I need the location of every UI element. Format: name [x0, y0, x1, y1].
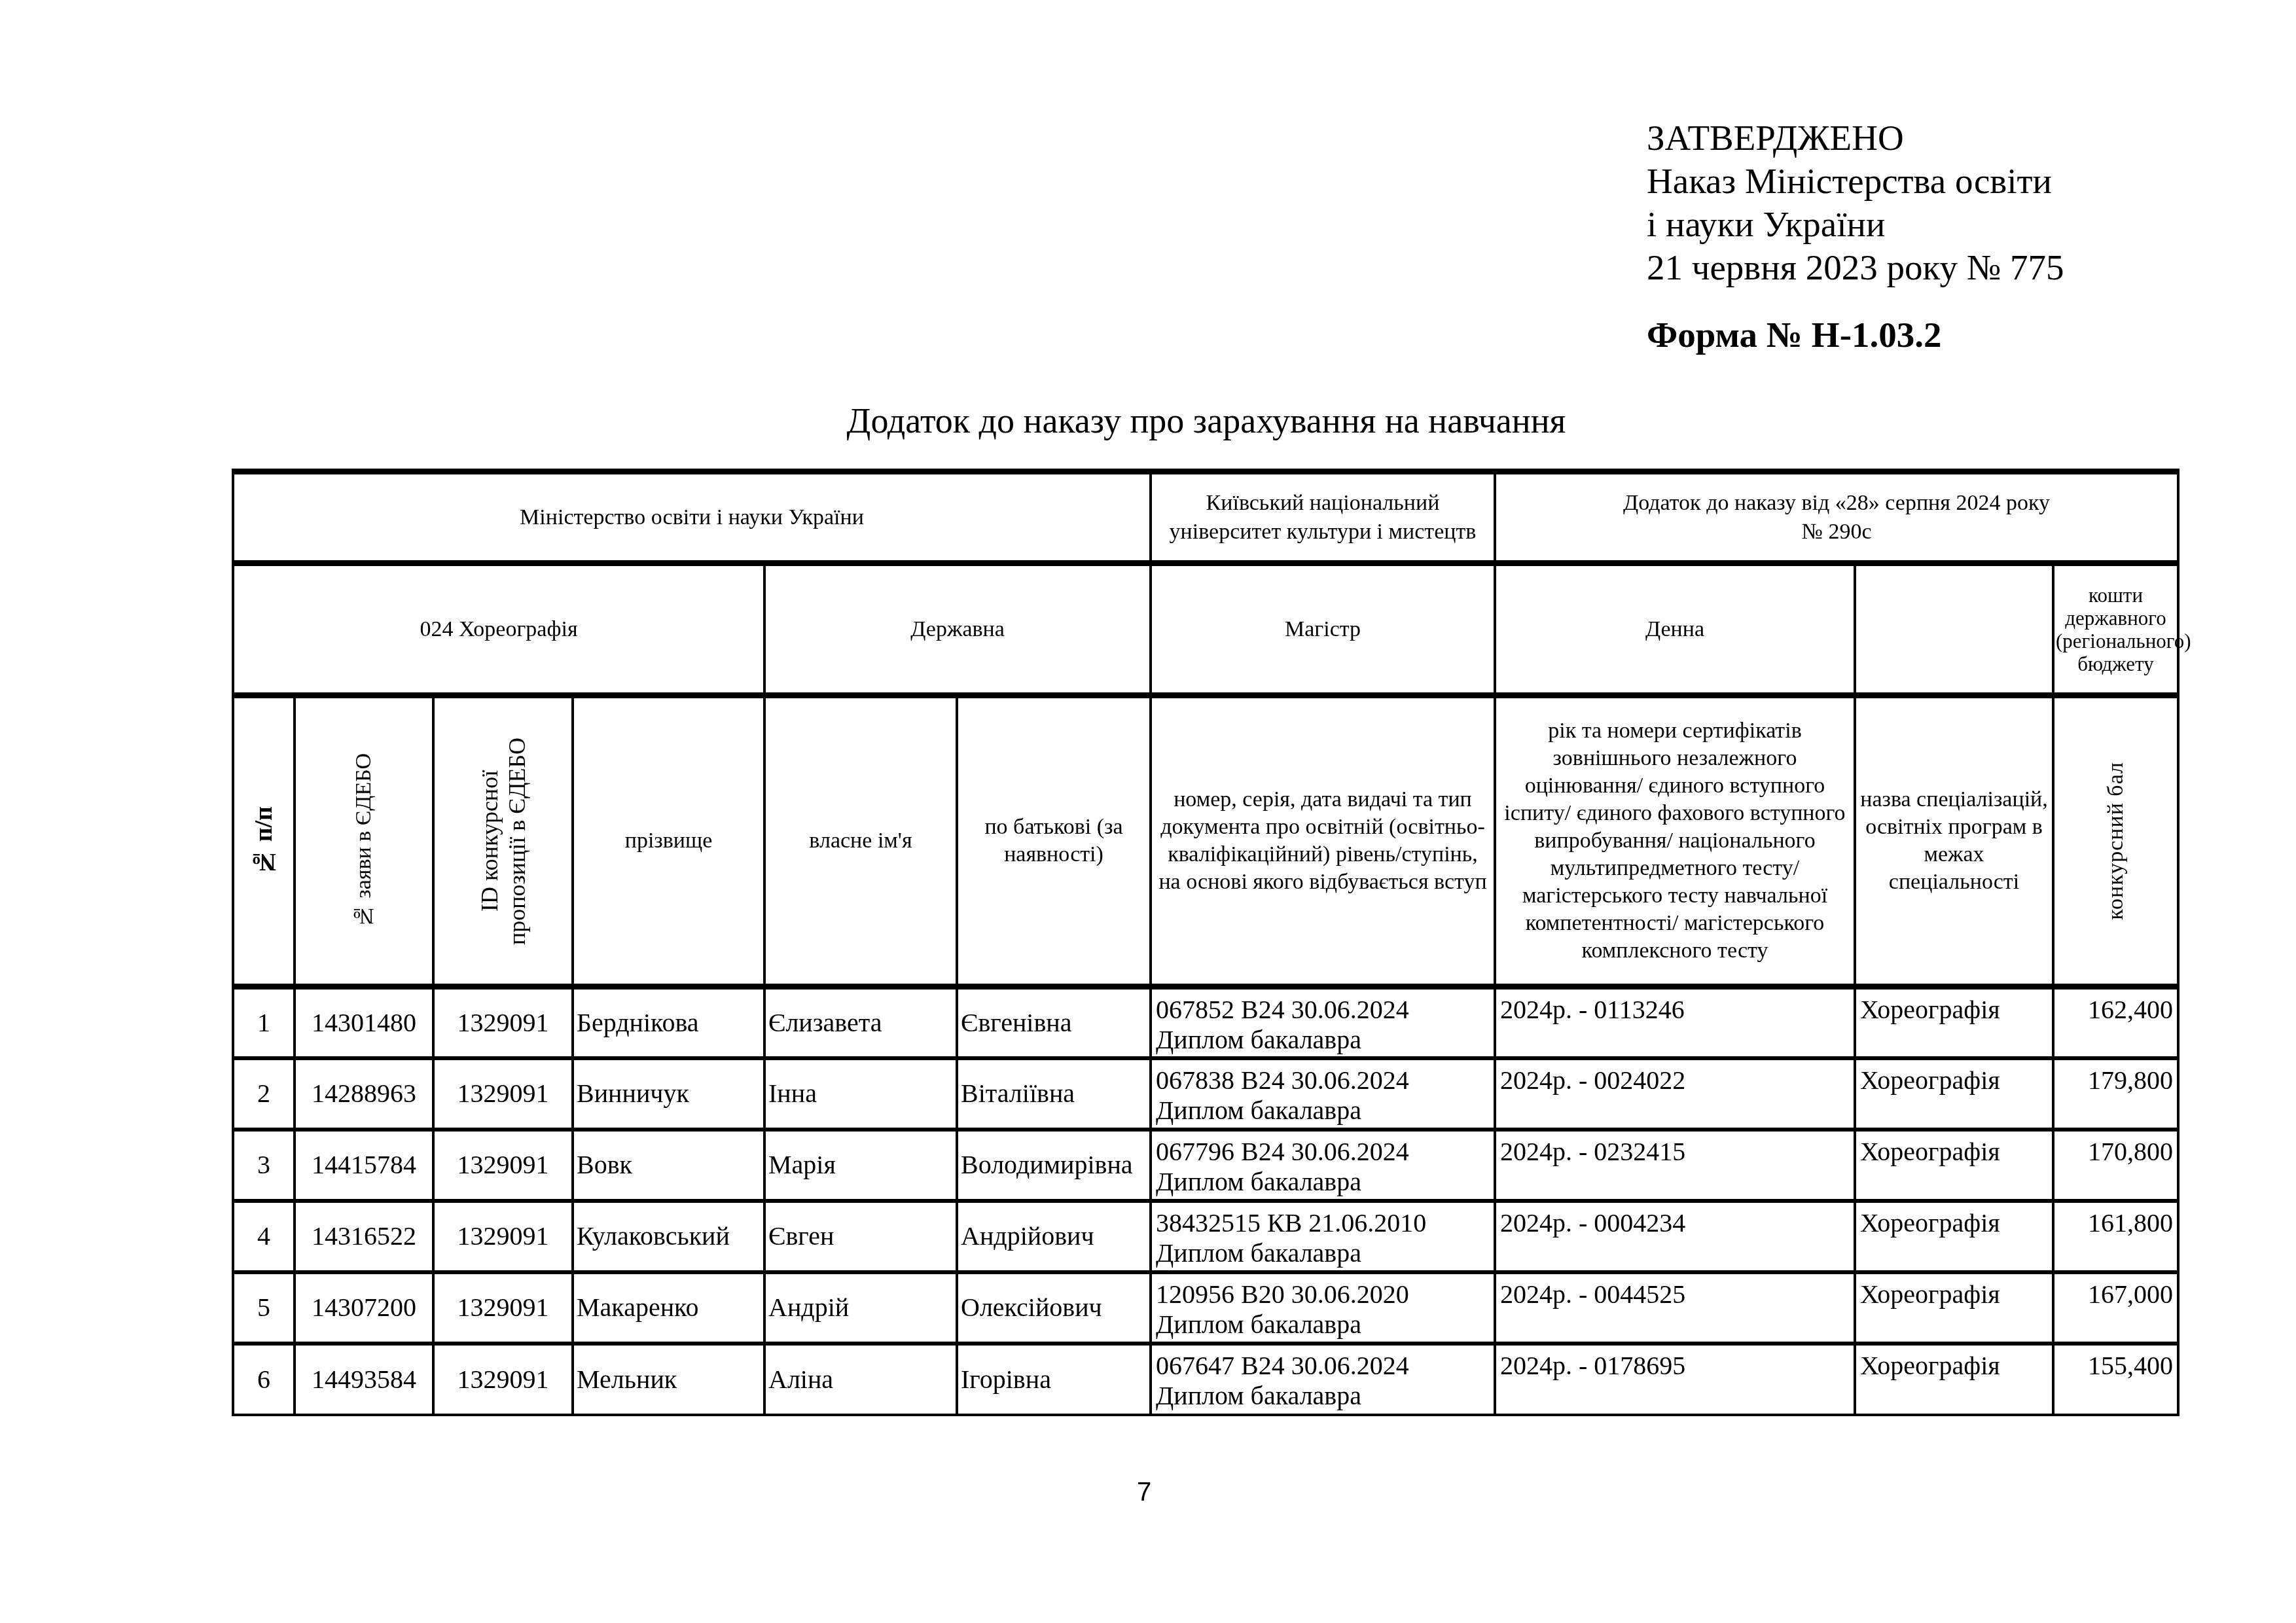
document-cell: 067647 В24 30.06.2024Диплом бакалавра [1151, 1344, 1495, 1415]
page-number-wrap: 7 [0, 1478, 2296, 1507]
specialization-cell: Хореографія [1855, 1058, 2053, 1130]
surname-cell: Вовк [573, 1130, 764, 1201]
table-row: 2142889631329091ВинничукІннаВіталіївна06… [233, 1058, 2178, 1130]
specialization-cell: Хореографія [1855, 987, 2053, 1058]
approval-stamp: ЗАТВЕРДЖЕНО Наказ Міністерства освіти і … [1647, 116, 2064, 289]
document-cell: 067838 В24 30.06.2024Диплом бакалавра [1151, 1058, 1495, 1130]
offer-id-cell: 1329091 [433, 1130, 573, 1201]
col-header-document: номер, серія, дата видачі та тип докумен… [1151, 696, 1495, 987]
order-reference-cell: Додаток до наказу від «28» серпня 2024 р… [1495, 472, 2178, 563]
document-cell: 067796 В24 30.06.2024Диплом бакалавра [1151, 1130, 1495, 1201]
table-row: 6144935841329091МельникАлінаІгорівна0676… [233, 1344, 2178, 1415]
offer-id-cell: 1329091 [433, 1201, 573, 1272]
application-no-cell: 14288963 [295, 1058, 433, 1130]
certificate-cell: 2024р. - 0044525 [1495, 1272, 1855, 1344]
degree-cell: Магістр [1151, 563, 1495, 696]
certificate-cell: 2024р. - 0178695 [1495, 1344, 1855, 1415]
document-cell: 120956 В20 30.06.2020Диплом бакалавра [1151, 1272, 1495, 1344]
document-number: 067647 В24 30.06.2024 [1156, 1351, 1490, 1381]
document-title: Додаток до наказу про зарахування на нав… [847, 401, 1566, 440]
ministry-cell: Міністерство освіти і науки України [233, 472, 1151, 563]
surname-cell: Берднікова [573, 987, 764, 1058]
col-header-certificates: рік та номери сертифікатів зовнішнього н… [1495, 696, 1855, 987]
specialization-cell: Хореографія [1855, 1272, 2053, 1344]
document-title-wrap: Додаток до наказу про зарахування на нав… [0, 401, 2296, 441]
document-number: 067838 В24 30.06.2024 [1156, 1065, 1490, 1096]
surname-cell: Мельник [573, 1344, 764, 1415]
document-number: 120956 В20 30.06.2020 [1156, 1279, 1490, 1310]
institution-cell: Київський національний університет культ… [1151, 472, 1495, 563]
row-num-cell: 4 [233, 1201, 295, 1272]
page-number: 7 [1137, 1478, 1151, 1507]
col-header-surname: прізвище [573, 696, 764, 987]
score-cell: 179,800 [2053, 1058, 2178, 1130]
score-cell: 161,800 [2053, 1201, 2178, 1272]
document-type: Диплом бакалавра [1156, 1167, 1490, 1197]
score-cell: 155,400 [2053, 1344, 2178, 1415]
patronymic-cell: Віталіївна [957, 1058, 1151, 1130]
document-type: Диплом бакалавра [1156, 1025, 1490, 1055]
col-header-application: № заяви в ЄДЕБО [295, 696, 433, 987]
ownership-cell: Державна [764, 563, 1151, 696]
col-header-score-text: конкурсний бал [2102, 762, 2130, 920]
header-row-1: Міністерство освіти і науки України Київ… [233, 472, 2178, 563]
first-name-cell: Єлизавета [764, 987, 957, 1058]
approval-line: ЗАТВЕРДЖЕНО [1647, 116, 2064, 160]
document-number: 38432515 КВ 21.06.2010 [1156, 1208, 1490, 1238]
first-name-cell: Інна [764, 1058, 957, 1130]
row-num-cell: 5 [233, 1272, 295, 1344]
approval-line: 21 червня 2023 року № 775 [1647, 246, 2064, 289]
document-cell: 38432515 КВ 21.06.2010Диплом бакалавра [1151, 1201, 1495, 1272]
approval-line: Наказ Міністерства освіти [1647, 160, 2064, 203]
score-cell: 162,400 [2053, 987, 2178, 1058]
certificate-cell: 2024р. - 0232415 [1495, 1130, 1855, 1201]
offer-id-cell: 1329091 [433, 1344, 573, 1415]
document-number: 067796 В24 30.06.2024 [1156, 1137, 1490, 1167]
score-cell: 167,000 [2053, 1272, 2178, 1344]
col-header-score: конкурсний бал [2053, 696, 2178, 987]
table-row: 5143072001329091МакаренкоАндрійОлексійов… [233, 1272, 2178, 1344]
approval-line: і науки України [1647, 203, 2064, 246]
col-header-num-text: № п/п [250, 806, 278, 876]
offer-id-cell: 1329091 [433, 987, 573, 1058]
certificate-cell: 2024р. - 0024022 [1495, 1058, 1855, 1130]
table-row: 4143165221329091КулаковськийЄвгенАндрійо… [233, 1201, 2178, 1272]
row-num-cell: 1 [233, 987, 295, 1058]
first-name-cell: Євген [764, 1201, 957, 1272]
order-reference-line2: № 290с [1500, 518, 2173, 546]
certificate-cell: 2024р. - 0113246 [1495, 987, 1855, 1058]
column-header-row: № п/п № заяви в ЄДЕБО ID конкурсної проп… [233, 696, 2178, 987]
surname-cell: Макаренко [573, 1272, 764, 1344]
document-type: Диплом бакалавра [1156, 1238, 1490, 1268]
offer-id-cell: 1329091 [433, 1058, 573, 1130]
application-no-cell: 14316522 [295, 1201, 433, 1272]
first-name-cell: Аліна [764, 1344, 957, 1415]
col-header-num: № п/п [233, 696, 295, 987]
table-row: 3144157841329091ВовкМаріяВолодимирівна06… [233, 1130, 2178, 1201]
document-number: 067852 В24 30.06.2024 [1156, 995, 1490, 1025]
document-cell: 067852 В24 30.06.2024Диплом бакалавра [1151, 987, 1495, 1058]
certificate-cell: 2024р. - 0004234 [1495, 1201, 1855, 1272]
specialty-cell: 024 Хореографія [233, 563, 764, 696]
col-header-patronymic: по батькові (за наявності) [957, 696, 1151, 987]
patronymic-cell: Євгенівна [957, 987, 1151, 1058]
patronymic-cell: Ігорівна [957, 1344, 1151, 1415]
col-header-first-name: власне ім'я [764, 696, 957, 987]
funding-cell: кошти державного (регіонального) бюджету [2053, 563, 2178, 696]
application-no-cell: 14301480 [295, 987, 433, 1058]
application-no-cell: 14493584 [295, 1344, 433, 1415]
first-name-cell: Марія [764, 1130, 957, 1201]
application-no-cell: 14307200 [295, 1272, 433, 1344]
first-name-cell: Андрій [764, 1272, 957, 1344]
specialization-cell: Хореографія [1855, 1130, 2053, 1201]
enrollment-table: Міністерство освіти і науки України Київ… [232, 469, 2179, 1416]
document-type: Диплом бакалавра [1156, 1096, 1490, 1126]
header-row-2: 024 Хореографія Державна Магістр Денна к… [233, 563, 2178, 696]
row-num-cell: 2 [233, 1058, 295, 1130]
application-no-cell: 14415784 [295, 1130, 433, 1201]
empty-cell [1855, 563, 2053, 696]
col-header-offer-id-text: ID конкурсної пропозиції в ЄДЕБО [476, 717, 531, 965]
col-header-specialization: назва спеціалізацій, освітніх програм в … [1855, 696, 2053, 987]
surname-cell: Винничук [573, 1058, 764, 1130]
order-reference-line1: Додаток до наказу від «28» серпня 2024 р… [1500, 489, 2173, 518]
patronymic-cell: Олексійович [957, 1272, 1151, 1344]
score-cell: 170,800 [2053, 1130, 2178, 1201]
col-header-offer-id: ID конкурсної пропозиції в ЄДЕБО [433, 696, 573, 987]
surname-cell: Кулаковський [573, 1201, 764, 1272]
table-row: 1143014801329091БердніковаЄлизаветаЄвген… [233, 987, 2178, 1058]
patronymic-cell: Андрійович [957, 1201, 1151, 1272]
row-num-cell: 3 [233, 1130, 295, 1201]
offer-id-cell: 1329091 [433, 1272, 573, 1344]
form-number: Форма № Н-1.03.2 [1647, 314, 1941, 355]
specialization-cell: Хореографія [1855, 1201, 2053, 1272]
patronymic-cell: Володимирівна [957, 1130, 1151, 1201]
document-type: Диплом бакалавра [1156, 1310, 1490, 1340]
row-num-cell: 6 [233, 1344, 295, 1415]
document-type: Диплом бакалавра [1156, 1381, 1490, 1411]
col-header-application-text: № заяви в ЄДЕБО [350, 753, 378, 928]
study-form-cell: Денна [1495, 563, 1855, 696]
specialization-cell: Хореографія [1855, 1344, 2053, 1415]
